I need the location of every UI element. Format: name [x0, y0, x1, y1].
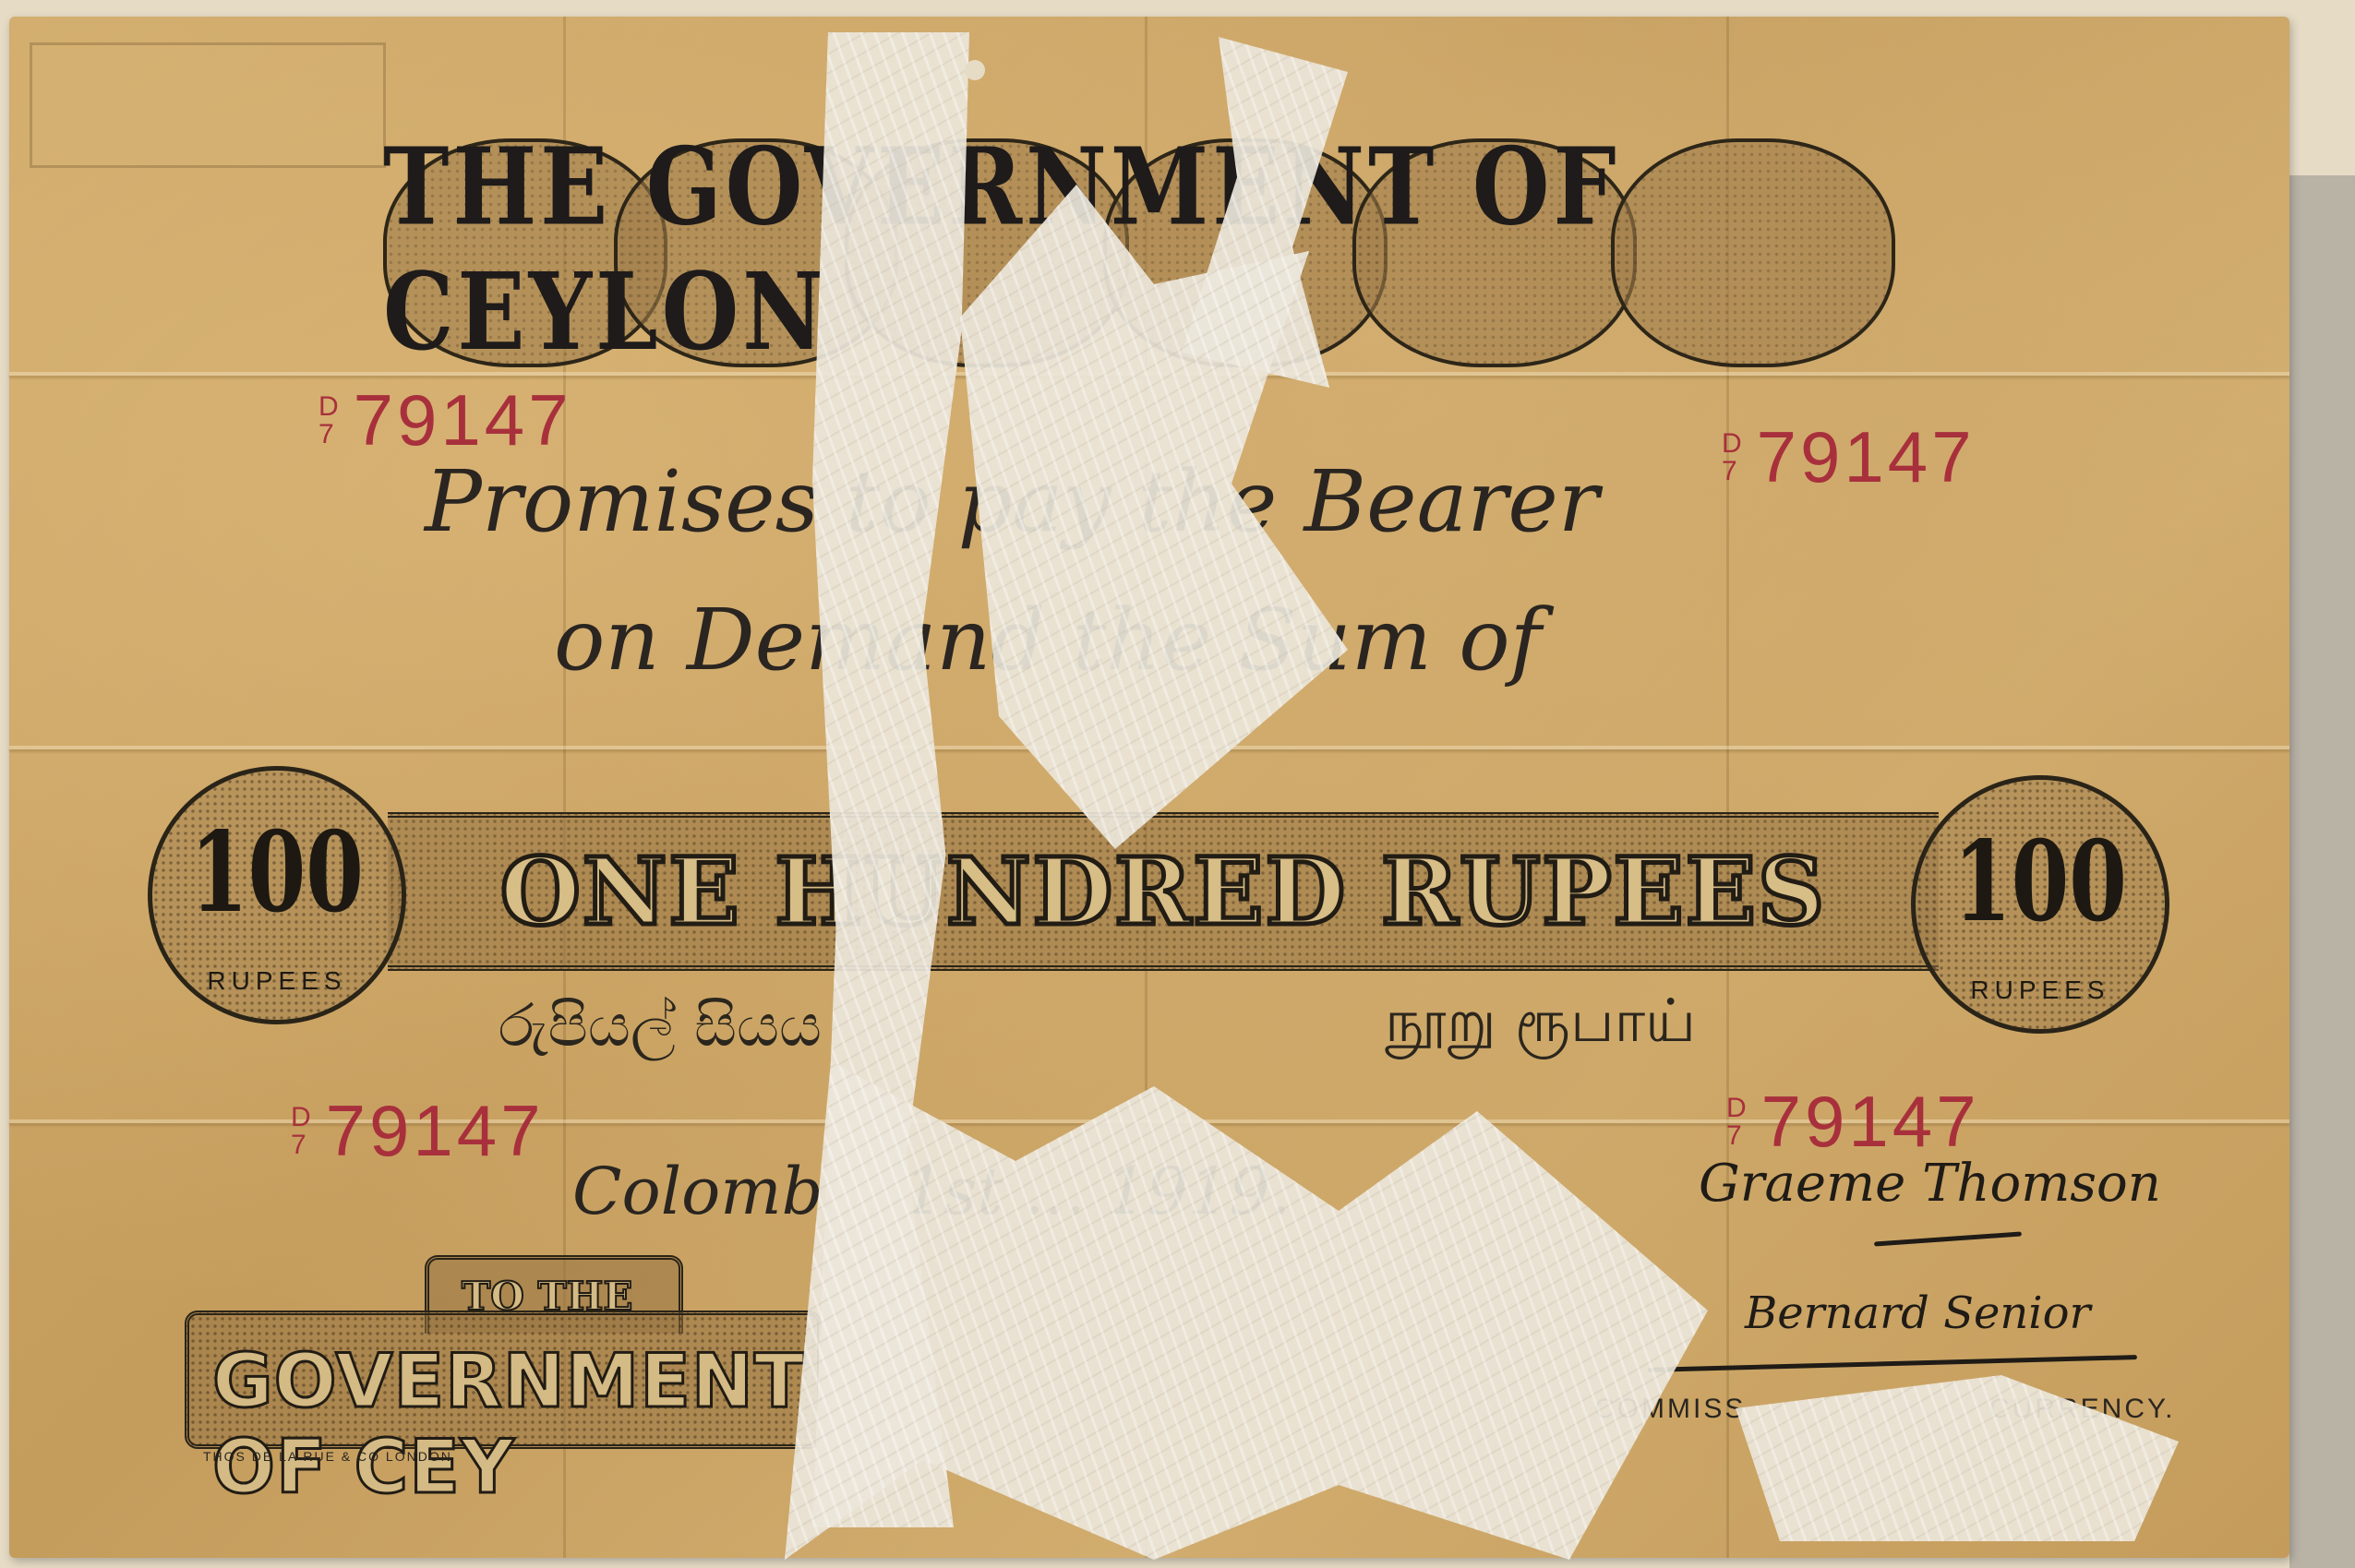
denomination-band: ONE HUNDRED RUPEES: [388, 812, 1939, 971]
serial-digits: 79147: [354, 378, 572, 462]
serial-prefix: D: [318, 393, 342, 421]
serial-prefix: 7: [1722, 458, 1746, 485]
serial-prefix: D: [291, 1104, 315, 1131]
serial-number-top-right: D7 79147: [1722, 415, 1976, 499]
serial-number-bottom-left: D7 79147: [291, 1089, 545, 1173]
signature-2: Bernard Senior: [1745, 1287, 2090, 1339]
serial-prefix: 7: [291, 1131, 315, 1159]
serial-prefix: 7: [1726, 1122, 1750, 1150]
serial-prefix: 7: [318, 421, 342, 449]
tamil-text: நூறு ரூபாய்: [1385, 987, 1696, 1063]
sinhala-text: රුපියල් සියය: [499, 992, 822, 1060]
paper-flap: [30, 42, 386, 168]
government-stamp: TO THE GOVERNMENT OF CEY: [185, 1255, 831, 1440]
serial-digits: 79147: [1761, 1080, 1980, 1164]
stamp-main-text: GOVERNMENT OF CEY: [212, 1338, 831, 1510]
denomination-medallion-left: 100 RUPEES: [148, 766, 406, 1024]
wall-shadow: [2289, 175, 2355, 1568]
medallion-label: RUPEES: [1916, 976, 2165, 1005]
signature-1: Graeme Thomson: [1699, 1154, 2161, 1214]
serial-digits: 79147: [1757, 415, 1976, 499]
pin-hole: [965, 60, 985, 80]
serial-number-top-left: D7 79147: [318, 378, 572, 462]
denomination-text: ONE HUNDRED RUPEES: [388, 818, 1939, 965]
medallion-numeral: 100: [1947, 817, 2134, 947]
medallion-label: RUPEES: [152, 966, 402, 996]
medallion-numeral: 100: [184, 808, 371, 938]
serial-prefix: D: [1726, 1095, 1750, 1122]
printer-imprint: THOS DE LA RUE & CO LONDON: [203, 1449, 452, 1464]
serial-prefix: D: [1722, 430, 1746, 458]
denomination-medallion-right: 100 RUPEES: [1911, 775, 2169, 1034]
serial-number-bottom-right: D7 79147: [1726, 1080, 1980, 1164]
stamp-small-text: TO THE: [462, 1274, 632, 1319]
serial-digits: 79147: [326, 1089, 545, 1173]
